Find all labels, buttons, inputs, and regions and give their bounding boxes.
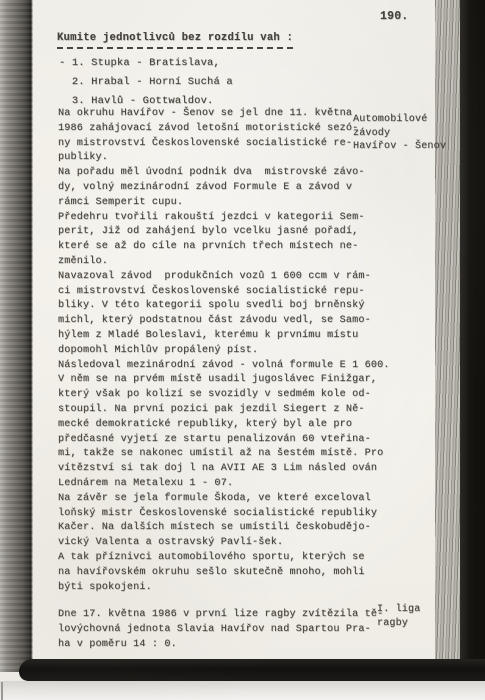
text-line: Navazoval závod produkčních vozů 1 600 c… — [58, 270, 394, 285]
text-line: loňský mistr Československé socialistick… — [58, 507, 394, 522]
text-line: 2. Hrabal - Horní Suchá a — [59, 73, 233, 92]
text-line: hýlem z Mladé Boleslavi, kterému k první… — [58, 329, 394, 344]
paragraph: Předehru tvořili rakouští jezdci v kateg… — [58, 211, 394, 270]
text-line: ny mistrovství Československé socialisti… — [58, 137, 394, 152]
text-line: vický Valenta a ostravský Pavlí-šek. — [58, 536, 394, 551]
text-line: Lednárem na Metalexu 1 - 07. — [58, 477, 394, 492]
text-line: ragby — [377, 617, 447, 631]
text-line: který však po kolizí se svozidly v sedmé… — [58, 388, 394, 403]
text-line: bliky. V této kategorii spolu svedli boj… — [58, 299, 394, 314]
text-line: Na pořadu měl úvodní podnik dva mistrovs… — [58, 166, 394, 181]
text-line: Na závěr se jela formule Škoda, ve které… — [58, 492, 394, 507]
text-line: - 1. Stupka - Bratislava, — [59, 54, 233, 73]
text-line: mi, takže se nakonec umístil až na šesté… — [58, 447, 394, 462]
paragraph: Navazoval závod produkčních vozů 1 600 c… — [58, 270, 394, 359]
text-line: V něm se na prvém místě usadil jugosláve… — [58, 373, 394, 388]
margin-note-auto-races: AutomobilovézávodyHavířov - Šenov — [353, 113, 458, 154]
page-number: 190. — [380, 10, 408, 23]
text-line: A tak příznivci automobilového sportu, k… — [58, 551, 394, 566]
body-text-column: Na okruhu Havířov - Šenov se jel dne 11.… — [58, 107, 394, 653]
text-line: dopomohl Michlův propálený píst. — [58, 344, 394, 359]
paragraph: Na pořadu měl úvodní podnik dva mistrovs… — [58, 166, 394, 210]
scan-border-right — [460, 0, 485, 676]
scan-border-bottom — [19, 659, 485, 681]
results-list: - 1. Stupka - Bratislava, 2. Hrabal - Ho… — [59, 54, 233, 111]
paragraph: Na okruhu Havířov - Šenov se jel dne 11.… — [58, 107, 394, 166]
paragraph: A tak příznivci automobilového sportu, k… — [58, 551, 394, 595]
text-line: perit, Již od zahájení bylo vcelku jasné… — [58, 225, 394, 240]
text-line: závody — [353, 127, 458, 141]
text-line: vítězství si tak doj l na AVII AE 3 Lim … — [58, 462, 394, 477]
text-line: změnilo. — [58, 255, 394, 270]
text-line: publiky. — [58, 151, 394, 166]
text-line: mecké demokratické republiky, který byl … — [58, 418, 394, 433]
text-line: lovýchovná jednota Slavia Havířov nad Sp… — [58, 623, 394, 638]
paragraph-ragby: Dne 17. května 1986 v první lize ragby z… — [58, 608, 394, 652]
text-line: I. liga — [377, 603, 447, 617]
text-line: 1986 zahájovací závod letošní motoristic… — [58, 122, 394, 137]
text-line: rámci Semperit cupu. — [58, 196, 394, 211]
text-line: býti spokojeni. — [58, 581, 394, 596]
body-paragraphs: Na okruhu Havířov - Šenov se jel dne 11.… — [58, 107, 394, 595]
scanner-background — [0, 681, 485, 700]
page-edge-texture — [435, 0, 461, 668]
scan-artifact-line — [1, 682, 3, 700]
text-line: dy, volný mezinárodní závod Formule E a … — [58, 181, 394, 196]
text-line: na havířovském okruhu sešlo skutečně mno… — [58, 566, 394, 581]
text-line: Dne 17. května 1986 v první lize ragby z… — [58, 608, 394, 623]
text-line: které se až do cíle na prvních třech mís… — [58, 240, 394, 255]
text-line: michl, který podstatnou část závodu vedl… — [58, 314, 394, 329]
text-line: předčasné vyjetí ze startu penalizován 6… — [58, 433, 394, 448]
paragraph: Následoval mezinárodní závod - volná for… — [58, 359, 394, 492]
text-line: Automobilové — [353, 113, 458, 127]
scanned-chronicle-page: 190. Kumite jednotlivců bez rozdílu vah … — [0, 0, 485, 700]
paragraph: Na závěr se jela formule Škoda, ve které… — [58, 492, 394, 551]
book-binding-shadow — [0, 0, 33, 672]
margin-note-ragby: I. ligaragby — [377, 603, 447, 630]
text-line: Kačer. Na dalších místech se umístili če… — [58, 521, 394, 536]
text-line: Následoval mezinárodní závod - volná for… — [58, 359, 394, 374]
text-line: stoupil. Na první pozici pak jezdil Sieg… — [58, 403, 394, 418]
text-line: Předehru tvořili rakouští jezdci v kateg… — [58, 211, 394, 226]
text-line: Na okruhu Havířov - Šenov se jel dne 11.… — [58, 107, 394, 122]
text-line: ci mistrovství Československé socialisti… — [58, 285, 394, 300]
text-line: Havířov - Šenov — [353, 140, 458, 154]
text-line: ha v poměru 14 : 0. — [58, 638, 394, 653]
section-heading: Kumite jednotlivců bez rozdílu vah : — [57, 32, 293, 49]
